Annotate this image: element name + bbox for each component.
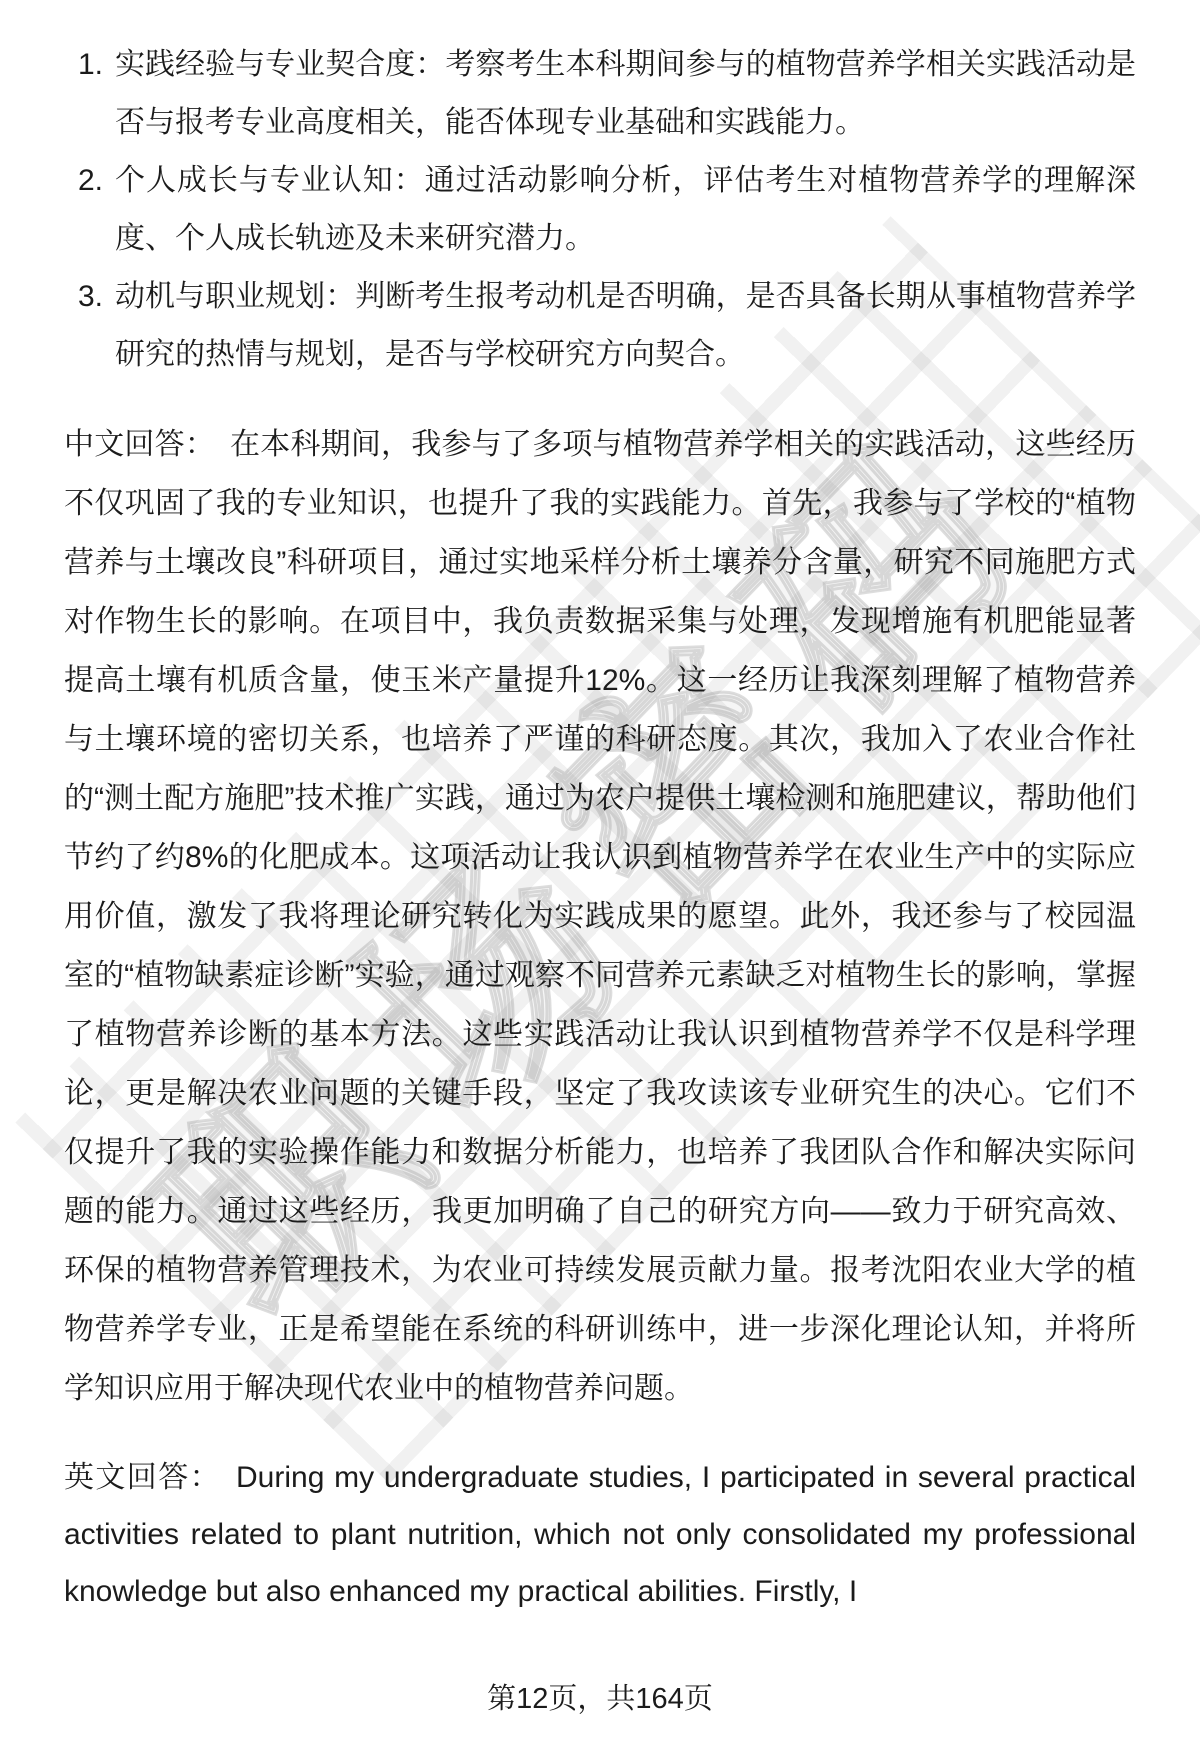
chinese-answer-paragraph: 中文回答：在本科期间，我参与了多项与植物营养学相关的实践活动，这些经历不仅巩固了… xyxy=(64,415,1136,1418)
list-item-text: 实践经验与专业契合度：考察考生本科期间参与的植物营养学相关实践活动是否与报考专业… xyxy=(115,36,1136,152)
page-number-footer: 第12页，共164页 xyxy=(0,1676,1200,1717)
list-item: 1. 实践经验与专业契合度：考察考生本科期间参与的植物营养学相关实践活动是否与报… xyxy=(64,36,1136,152)
chinese-answer-label: 中文回答： xyxy=(64,428,215,461)
list-item-number: 2. xyxy=(78,152,115,268)
page-content: 1. 实践经验与专业契合度：考察考生本科期间参与的植物营养学相关实践活动是否与报… xyxy=(0,0,1200,1755)
english-answer-label: 英文回答： xyxy=(64,1461,221,1494)
list-item: 2. 个人成长与专业认知：通过活动影响分析，评估考生对植物营养学的理解深度、个人… xyxy=(64,152,1136,268)
list-item-number: 1. xyxy=(78,36,115,152)
english-answer-text: During my undergraduate studies, I parti… xyxy=(64,1461,1136,1608)
english-answer-paragraph: 英文回答：During my undergraduate studies, I … xyxy=(64,1449,1136,1620)
list-item-number: 3. xyxy=(78,268,115,384)
list-item: 3. 动机与职业规划：判断考生报考动机是否明确，是否具备长期从事植物营养学研究的… xyxy=(64,268,1136,384)
chinese-answer-text: 在本科期间，我参与了多项与植物营养学相关的实践活动，这些经历不仅巩固了我的专业知… xyxy=(64,428,1136,1405)
list-item-text: 动机与职业规划：判断考生报考动机是否明确，是否具备长期从事植物营养学研究的热情与… xyxy=(115,268,1136,384)
evaluation-criteria-list: 1. 实践经验与专业契合度：考察考生本科期间参与的植物营养学相关实践活动是否与报… xyxy=(64,36,1136,384)
document-page: 职场密码 1. 实践经验与专业契合度：考察考生本科期间参与的植物营养学相关实践活… xyxy=(0,0,1200,1755)
list-item-text: 个人成长与专业认知：通过活动影响分析，评估考生对植物营养学的理解深度、个人成长轨… xyxy=(115,152,1136,268)
